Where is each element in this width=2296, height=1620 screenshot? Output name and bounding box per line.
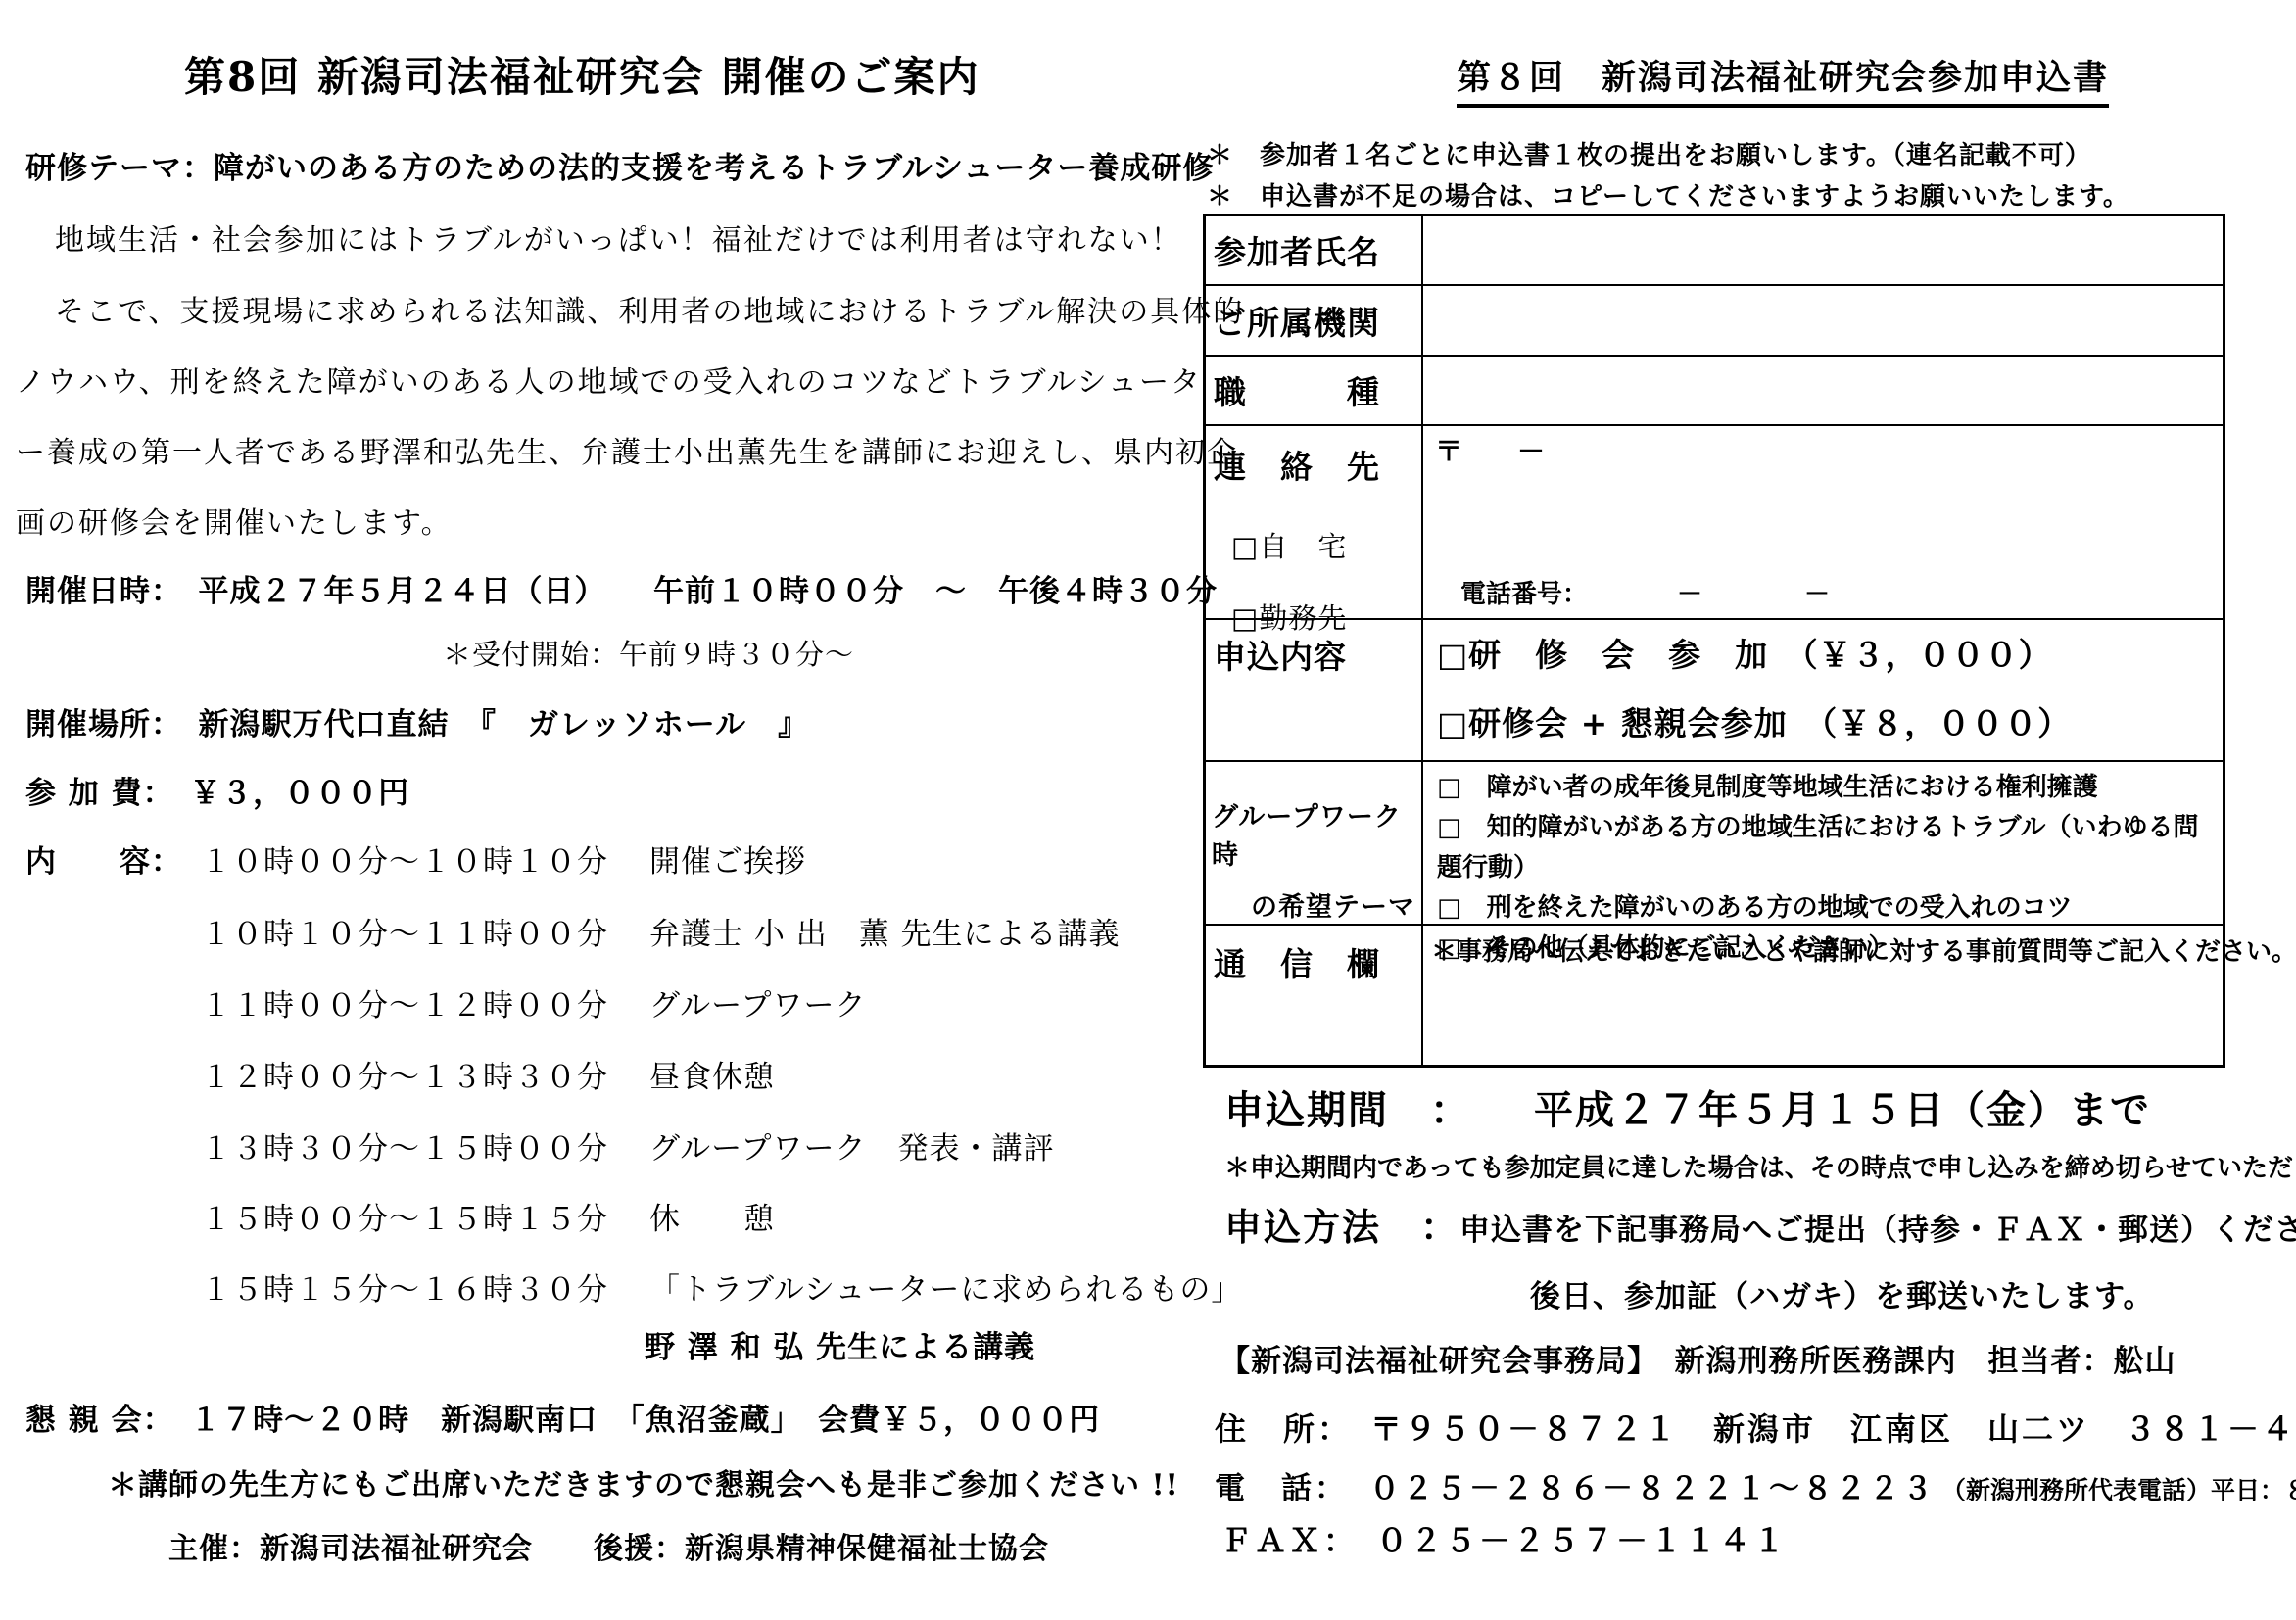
schedule-time: １２時００分～１３時３０分 — [201, 1052, 608, 1096]
office-address: 住 所： 〒９５０－８７２１ 新潟市 江南区 山二ツ ３８１－４ — [1215, 1405, 2296, 1450]
scanned-document: 第8回 新潟司法福祉研究会 開催のご案内 研修テーマ：障がいのある方のための法的… — [0, 0, 2296, 1620]
form-note: ＊ 申込書が不足の場合は、コピーしてくださいますようお願いいたします。 — [1207, 176, 2129, 213]
intro-line: ノウハウ、刑を終えた障がいのある人の地域での受入れのコツなどトラブルシュータ — [16, 357, 1202, 401]
organization-input-area — [1423, 286, 2223, 354]
left-page-title: 第8回 新潟司法福祉研究会 開催のご案内 — [184, 45, 980, 104]
right-page-title: 第８回 新潟司法福祉研究会参加申込書 — [1457, 51, 2109, 108]
application-form-table: 参加者氏名 ご所属機関 職 種 連 絡 先 □自 宅 □勤務先 〒 － 電話番号… — [1203, 214, 2225, 1068]
schedule-row: １３時３０分～１５時００分グループワーク 発表・講評 — [201, 1123, 1055, 1167]
application-type-options: □研 修 会 参 加 （￥３，０００） □研修会 + 懇親会参加 （￥８，０００… — [1423, 620, 2223, 760]
intro-line: 画の研修会を開催いたします。 — [16, 499, 453, 542]
schedule-row: １０時００分～１０時１０分開催ご挨拶 — [201, 836, 806, 881]
deadline-note: ＊申込期間内であっても参加定員に達した場合は、その時点で申し込みを締め切らせてい… — [1224, 1148, 2296, 1184]
office-line: 【新潟司法福祉研究会事務局】 新潟刑務所医務課内 担当者：舩山 — [1220, 1336, 2176, 1380]
postcard-note: 後日、参加証（ハガキ）を郵送いたします。 — [1530, 1271, 2155, 1315]
groupwork-option-checkbox: □ 障がい者の成年後見制度等地域生活における権利擁護 — [1437, 768, 2223, 808]
schedule-row: １０時１０分～１１時００分弁護士 小 出 薫 先生による講義 — [201, 909, 1121, 953]
groupwork-options: □ 障がい者の成年後見制度等地域生活における権利擁護 □ 知的障がいがある方の地… — [1423, 762, 2223, 924]
phone-note: （新潟刑務所代表電話）平日：８時30分～17時 — [1941, 1476, 2296, 1504]
contact-label: 連 絡 先 — [1214, 442, 1380, 488]
form-row-groupwork-theme: グループワーク時 の希望テーマ □ 障がい者の成年後見制度等地域生活における権利… — [1206, 762, 2223, 926]
groupwork-label-line1: グループワーク時 — [1212, 795, 1415, 872]
form-row-application-type: 申込内容 □研 修 会 参 加 （￥３，０００） □研修会 + 懇親会参加 （￥… — [1206, 620, 2223, 762]
phone-number-line: 電話番号： － － — [1460, 574, 1830, 610]
organizer-line: 主催：新潟司法福祉研究会 後援：新潟県精神保健福祉士協会 — [168, 1524, 1049, 1567]
form-row-message: 通 信 欄 ＊事務局へ伝えておきたいことや講師に対する事前質問等ご記入ください。 — [1206, 926, 2223, 1065]
schedule-item: 弁護士 小 出 薫 先生による講義 — [649, 909, 1121, 953]
form-row-occupation: 職 種 — [1206, 357, 2223, 426]
phone-value: ０２５－２８６－８２２１～８２２３ — [1369, 1471, 1936, 1506]
intro-line: ー養成の第一人者である野澤和弘先生、弁護士小出薫先生を講師にお迎えし、県内初企 — [16, 428, 1238, 471]
schedule-row: １５時００分～１５時１５分休 憩 — [201, 1194, 775, 1238]
schedule-row: １５時１５分～１６時３０分「トラブルシューターに求められるもの」 — [201, 1264, 1242, 1309]
occupation-label: 職 種 — [1206, 357, 1423, 424]
event-datetime: 開催日時： 平成２７年５月２４日（日） 午前１０時００分 ～ 午後４時３０分 — [25, 566, 1218, 610]
phone-label: 電 話： — [1215, 1471, 1348, 1506]
contents-label: 内 容： — [25, 836, 182, 881]
lecturer-credit: 野 澤 和 弘 先生による講義 — [645, 1322, 1035, 1366]
schedule-time: １５時００分～１５時１５分 — [201, 1194, 608, 1238]
schedule-item: 休 憩 — [649, 1194, 775, 1238]
message-label: 通 信 欄 — [1206, 926, 1423, 1065]
schedule-time: １１時００分～１２時００分 — [201, 980, 608, 1024]
schedule-time: １３時３０分～１５時００分 — [201, 1123, 608, 1167]
schedule-row: １１時００分～１２時００分グループワーク — [201, 980, 867, 1024]
office-fax-line: ＦＡＸ： ０２５－２５７－１１４１ — [1220, 1516, 1788, 1561]
application-method-value: 申込書を下記事務局へご提出（持参・ＦＡＸ・郵送）ください。 — [1459, 1213, 2296, 1248]
schedule-time: １５時１５分～１６時３０分 — [201, 1264, 608, 1309]
schedule-row: １２時００分～１３時３０分昼食休憩 — [201, 1052, 775, 1096]
form-row-organization: ご所属機関 — [1206, 286, 2223, 356]
intro-line: そこで、支援現場に求められる法知識、利用者の地域におけるトラブル解決の具体的 — [55, 287, 1244, 330]
schedule-item: 「トラブルシューターに求められるもの」 — [649, 1264, 1242, 1309]
groupwork-option-checkbox: □ 知的障がいがある方の地域生活におけるトラブル（いわゆる問題行動） — [1437, 808, 2223, 888]
form-note: ＊ 参加者１名ごとに申込書１枚の提出をお願いします。（連名記載不可） — [1207, 135, 2091, 171]
groupwork-option-checkbox: □ 刑を終えた障がいのある方の地域での受入れのコツ — [1437, 888, 2223, 929]
groupwork-label-line2: の希望テーマ — [1212, 885, 1415, 924]
intro-line: 地域生活・社会参加にはトラブルがいっぱい！福祉だけでは利用者は守れない！ — [55, 215, 1182, 259]
application-method-line: 申込方法 ：申込書を下記事務局へご提出（持参・ＦＡＸ・郵送）ください。 — [1224, 1197, 2296, 1251]
application-deadline: 申込期間 ： 平成２７年５月１５日（金）まで — [1224, 1079, 2151, 1135]
schedule-item: 昼食休憩 — [649, 1052, 775, 1096]
social-gathering-note: ＊講師の先生方にもご出席いただきますので懇親会へも是非ご参加ください !! — [108, 1460, 1179, 1503]
office-phone-line: 電 話：０２５－２８６－８２２１～８２２３（新潟刑務所代表電話）平日：８時30分… — [1215, 1463, 2296, 1507]
contact-label-cell: 連 絡 先 □自 宅 □勤務先 — [1206, 426, 1423, 618]
postal-code-mark: 〒 － — [1435, 430, 1545, 469]
groupwork-label-cell: グループワーク時 の希望テーマ — [1206, 762, 1423, 924]
contact-input-area: 〒 － 電話番号： － － — [1423, 426, 2223, 618]
form-row-contact: 連 絡 先 □自 宅 □勤務先 〒 － 電話番号： － － — [1206, 426, 2223, 620]
name-input-area — [1423, 216, 2223, 284]
reception-start-note: ＊受付開始：午前９時３０分～ — [443, 633, 854, 673]
schedule-item: グループワーク 発表・講評 — [649, 1123, 1055, 1167]
application-type-label: 申込内容 — [1206, 620, 1423, 760]
schedule-item: 開催ご挨拶 — [649, 836, 806, 881]
option-seminar-party-checkbox: □研修会 + 懇親会参加 （￥８，０００） — [1437, 698, 2071, 744]
name-label: 参加者氏名 — [1206, 216, 1423, 284]
application-method-label: 申込方法 ： — [1224, 1205, 1459, 1249]
message-instruction: ＊事務局へ伝えておきたいことや講師に対する事前質問等ご記入ください。 — [1431, 931, 2296, 968]
event-fee: 参 加 費： ￥３，０００円 — [25, 768, 409, 812]
event-venue: 開催場所： 新潟駅万代口直結 『 ガレッソホール 』 — [25, 699, 809, 743]
option-seminar-only-checkbox: □研 修 会 参 加 （￥３，０００） — [1437, 630, 2052, 676]
schedule-time: １０時１０分～１１時００分 — [201, 909, 608, 953]
schedule-time: １０時００分～１０時１０分 — [201, 836, 608, 881]
message-input-area: ＊事務局へ伝えておきたいことや講師に対する事前質問等ご記入ください。 — [1423, 926, 2223, 1065]
organization-label: ご所属機関 — [1206, 286, 1423, 354]
form-row-name: 参加者氏名 — [1206, 216, 2223, 286]
training-theme-line: 研修テーマ：障がいのある方のための法的支援を考えるトラブルシューター養成研修 — [25, 143, 1214, 187]
schedule-item: グループワーク — [649, 980, 867, 1024]
occupation-input-area — [1423, 357, 2223, 424]
contact-home-checkbox: □自 宅 — [1231, 525, 1347, 565]
social-gathering-line: 懇 親 会： １７時～２０時 新潟駅南口 「魚沼釜蔵」 会費￥５，０００円 — [25, 1395, 1100, 1439]
